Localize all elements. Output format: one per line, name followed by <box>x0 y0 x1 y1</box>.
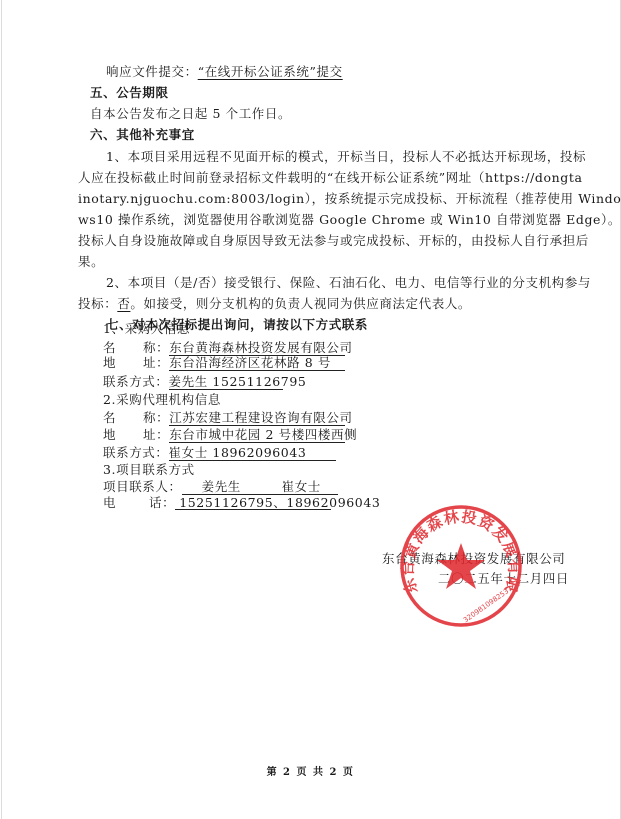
project-person-field: 姜先生崔女士 <box>182 479 338 495</box>
agency-contact: 崔女士 18962096043 <box>169 445 307 460</box>
agency-address-label-b: 址： <box>143 427 169 442</box>
section6-item1-line3: inotary.njguochu.com:8003/login），按系统提示完成… <box>78 191 621 207</box>
section6-item1-line1: 1、本项目采用远程不见面开标的模式，开标当日，投标人不必抵达开标现场，投标 <box>106 149 586 165</box>
purchaser-name-row: 名称：东台黄海森林投资发展有限公司 <box>103 340 345 356</box>
agency-contact-field: 崔女士 18962096043 <box>169 445 336 461</box>
purchaser-name: 东台黄海森林投资发展有限公司 <box>169 340 352 355</box>
project-heading: 3.项目联系方式 <box>103 462 195 478</box>
item2-prefix: 投标： <box>78 296 117 311</box>
section5-heading: 五、公告期限 <box>90 85 169 101</box>
purchaser-contact-field: 姜先生 15251126795 <box>169 374 283 390</box>
project-phone-label-a: 电 <box>103 495 149 511</box>
agency-heading: 2.采购代理机构信息 <box>103 392 221 408</box>
purchaser-name-label-a: 名 <box>103 340 143 356</box>
purchaser-address-row: 地址：东台沿海经济区花林路 8 号 <box>103 355 345 371</box>
submission-label: 响应文件提交： <box>106 64 198 79</box>
purchaser-address: 东台沿海经济区花林路 8 号 <box>169 355 331 370</box>
submission-line: 响应文件提交：“在线开标公证系统”提交 <box>106 64 343 80</box>
project-phone-row: 电话：15251126795、18962096043 <box>103 495 331 511</box>
purchaser-address-label-a: 地 <box>103 355 143 371</box>
section6-item1-line4: ws10 操作系统，浏览器使用谷歌浏览器 Google Chrome 或 Win… <box>78 212 621 228</box>
official-seal-icon: 东台黄海森林投资发展有限公司 3209810982537 <box>398 503 524 629</box>
project-phone-field: 15251126795、18962096043 <box>175 495 331 510</box>
purchaser-contact-label: 联系方式： <box>103 374 169 389</box>
agency-address-row: 地址：东台市城中花园 2 号楼四楼西侧 <box>103 427 345 443</box>
agency-name-row: 名称：江苏宏建工程建设咨询有限公司 <box>103 410 345 426</box>
section6-heading: 六、其他补充事宜 <box>90 127 195 143</box>
agency-address-label-a: 地 <box>103 427 143 443</box>
section5-text: 自本公告发布之日起 5 个工作日。 <box>90 106 291 122</box>
section6-item1-line6: 果。 <box>78 254 104 270</box>
agency-name-field: 江苏宏建工程建设咨询有限公司 <box>169 410 345 426</box>
submission-value: “在线开标公证系统”提交 <box>198 64 343 79</box>
project-person2: 崔女士 <box>282 479 321 495</box>
section6-item2-line2: 投标：否。如接受，则分支机构的负责人视同为供应商法定代表人。 <box>78 296 471 312</box>
section6-item2-line1: 2、本项目（是/否）接受银行、保险、石油石化、电力、电信等行业的分支机构参与 <box>106 275 591 291</box>
section6-item1-line5: 投标人自身设施故障或自身原因导致无法参与或完成投标、开标的，由投标人自行承担后 <box>78 233 589 249</box>
agency-contact-label: 联系方式： <box>103 445 169 460</box>
agency-address-field: 东台市城中花园 2 号楼四楼西侧 <box>169 427 345 443</box>
project-person1: 姜先生 <box>202 479 241 495</box>
purchaser-address-label-b: 址： <box>143 355 169 370</box>
agency-name: 江苏宏建工程建设咨询有限公司 <box>169 410 352 425</box>
page-footer: 第 2 页 共 2 页 <box>0 763 621 778</box>
agency-name-label-a: 名 <box>103 410 143 426</box>
project-phone-label-b: 话： <box>149 495 175 510</box>
purchaser-name-field: 东台黄海森林投资发展有限公司 <box>169 340 345 356</box>
purchaser-contact: 姜先生 15251126795 <box>169 374 307 389</box>
agency-contact-row: 联系方式：崔女士 18962096043 <box>103 445 336 461</box>
agency-address: 东台市城中花园 2 号楼四楼西侧 <box>169 427 357 442</box>
item2-suffix: 。如接受，则分支机构的负责人视同为供应商法定代表人。 <box>130 296 471 311</box>
purchaser-address-field: 东台沿海经济区花林路 8 号 <box>169 355 345 371</box>
project-phones: 15251126795、18962096043 <box>179 495 380 510</box>
project-person-label: 项目联系人： <box>103 479 182 494</box>
purchaser-heading: 1、采购人信息 <box>103 321 190 337</box>
section6-item1-line2: 人应在投标截止时间前登录招标文件载明的“在线开标公证系统”网址（https://… <box>78 170 583 186</box>
item2-answer: 否 <box>117 296 130 311</box>
project-person-row: 项目联系人：姜先生崔女士 <box>103 479 338 495</box>
agency-name-label-b: 称： <box>143 410 169 425</box>
purchaser-name-label-b: 称： <box>143 340 169 355</box>
purchaser-contact-row: 联系方式：姜先生 15251126795 <box>103 374 283 390</box>
